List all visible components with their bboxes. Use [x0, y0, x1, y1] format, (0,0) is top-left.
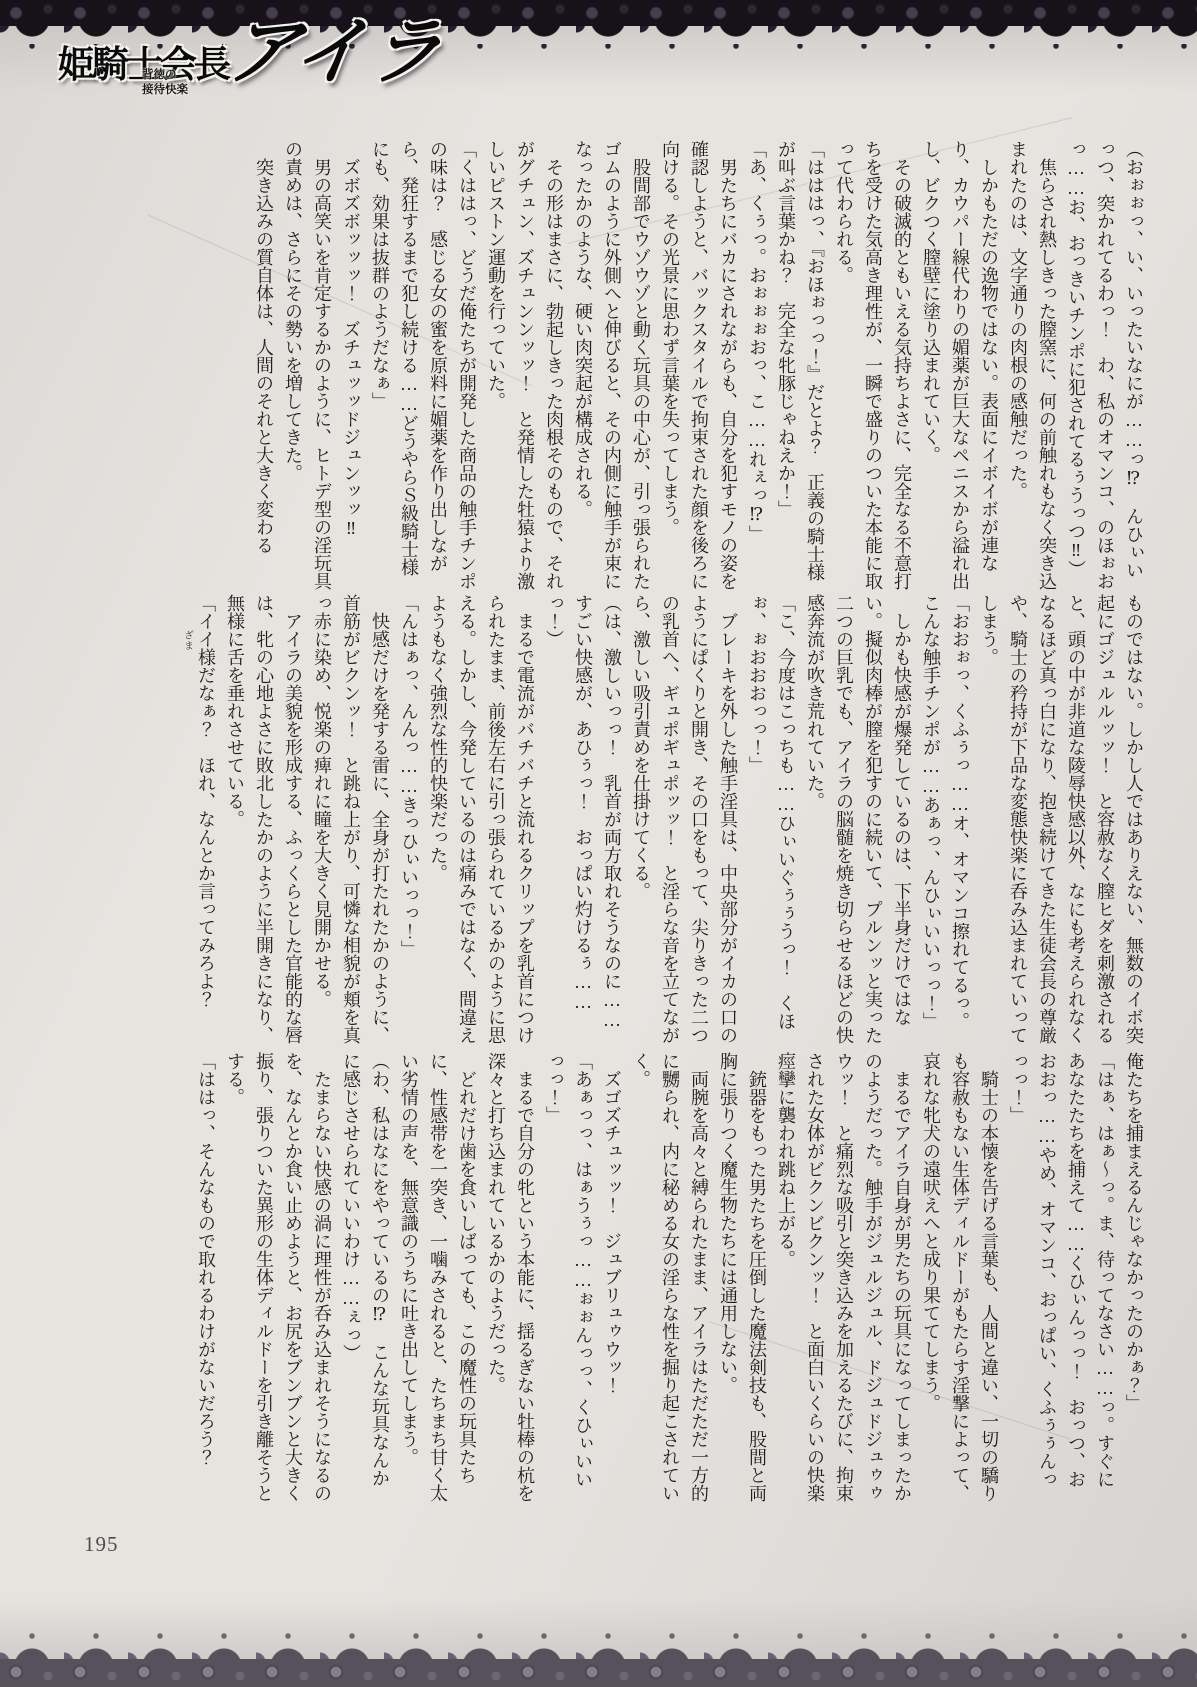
paragraph: たまらない快感の渦に理性が呑み込まれそうになるのを、なんとか食い止めようと、お尻… [220, 1052, 336, 1504]
logo-subtitle-line1: 背徳の [142, 68, 188, 83]
paragraph: ブレーキを外した触手淫具は、中央部分がイカの口のようにぱくりと開き、その口をもっ… [626, 594, 742, 1046]
paragraph: ズボズボッッッ！ ズチュッッドジュンッッ‼ [336, 140, 365, 592]
paragraph: アイラの美貌を形成する、ふっくらとした官能的な唇は、牝の心地よさに敗北したかのよ… [220, 594, 307, 1046]
paragraph: まるでアイラ自身が男たちの玩具になってしまったかのようだった。触手がジュルジュル… [771, 1052, 916, 1504]
paragraph: 「イイ様だなぁ？ ほれ、なんとか言ってみろよ？ [191, 594, 220, 1046]
text-band-1: （おぉぉっ、い、いったいなにが……っ⁉ んひぃいっつ、突かれてるわっ！ わ、私の… [82, 140, 1148, 592]
paragraph: 「くははっ、どうだ俺たちが開発した商品の触手チンポの味は？ 感じる女の蜜を原料に… [365, 140, 481, 592]
logo-subtitle: 背徳の 接待快楽 [142, 68, 188, 98]
paragraph: 男の高笑いを肯定するかのように、ヒトデ型の淫玩具の責めは、さらにその勢いを増して… [278, 140, 336, 592]
paragraph: 男たちにバカにされながらも、自分を犯すモノの姿を確認しようと、バックスタイルで拘… [655, 140, 742, 592]
logo-title-large: アイラ [221, 18, 446, 88]
paragraph: 「こ、今度はこっちも……ひぃいぐぅぅうっ！ くほぉ、ぉおおおっっ！」 [742, 594, 800, 1046]
paragraph: 突き込みの質自体は、人間のそれと大きく変わる [249, 140, 278, 592]
paragraph: まるで電流がバチバチと流れるクリップを乳首につけられたまま、前後左右に引っ張られ… [423, 594, 539, 1046]
text-band-3: 俺たちを捕まえるんじゃなかったのかぁ？」「はぁ、はぁ～っ。ま、待ってなさい……っ… [82, 1052, 1148, 1504]
paragraph: （は、激しいっっ！ 乳首が両方取れそうなのに……すごい快感が、あひぅっ！ おっぱ… [539, 594, 626, 1046]
paragraph: 銃器をもった男たちを圧倒した魔法剣技も、股間と両胸に張りつく魔生物たちには通用し… [713, 1052, 771, 1504]
novel-page: 姫騎士会長 アイラ 背徳の 接待快楽 （おぉぉっ、い、いったいなにが……っ⁉ ん… [0, 0, 1197, 1687]
paragraph: 股間部でウゾウゾと動く玩具の中心が、引っ張られたゴムのように外側へと伸びると、そ… [568, 140, 655, 592]
paragraph: 「んはぁっ、んんっ……きっひぃいっっ！」 [394, 594, 423, 1046]
paragraph: 「ははっ、そんなもので取れるわけがないだろう？ [191, 1052, 220, 1504]
page-number: 195 [84, 1532, 119, 1557]
paragraph: （おぉぉっ、い、いったいなにが……っ⁉ んひぃいっつ、突かれてるわっ！ わ、私の… [1061, 140, 1148, 592]
paragraph: 騎士の本懐を告げる言葉も、人間と違い、一切の驕りも容赦もない生体ディルドーがもた… [916, 1052, 1003, 1504]
furigana-ruby: ざま [180, 630, 194, 651]
paragraph: ものではない。しかし人ではありえない、無数のイボ突起にゴジュルルッッ！ と容赦な… [974, 594, 1148, 1046]
paragraph: しかも快感が爆発しているのは、下半身だけではない。擬似肉棒が膣を犯すのに続いて、… [800, 594, 916, 1046]
paragraph: 両腕を高々と縛られたまま、アイラはただただ一方的に嬲られ、内に秘める女の淫らな性… [626, 1052, 713, 1504]
logo-subtitle-line2: 接待快楽 [142, 83, 188, 98]
lace-border-bottom-dots [0, 1631, 1197, 1639]
paragraph: まるで自分の牝という本能に、揺るぎない牡棒の杭を深々と打ち込まれているかのようだ… [481, 1052, 539, 1504]
paragraph: 「あ、くぅっ。おぉぉぉおっ、こ……れぇっ⁉」 [742, 140, 771, 592]
paragraph: どれだけ歯を食いしばっても、この魔性の玩具たちに、性感帯を一突き、一噛みされると… [394, 1052, 481, 1504]
paragraph: 「あぁっっ、はぁうぅっ……ぉぉんっっ、くひぃいいっっ！」 [539, 1052, 597, 1504]
paragraph: 「はぁ、はぁ～っ。ま、待ってなさい……っ。すぐにあなたたちを捕えて……くひぃんっ… [1003, 1052, 1119, 1504]
paragraph: 「はははっ、『おほぉっっ！』だとよ？ 正義の騎士様が叫ぶ言葉かね？ 完全な牝豚じ… [771, 140, 829, 592]
paragraph: ズゴズチュッッ！ ジュブリュゥウッ！ [597, 1052, 626, 1504]
paragraph: その破滅的ともいえる気持ちよさに、完全なる不意打ちを受けた気高き理性が、一瞬で盛… [829, 140, 916, 592]
paragraph: （わ、私はなにをやっているの⁉ こんな玩具なんかに感じさせられていいわけ……ぇっ… [336, 1052, 394, 1504]
paragraph: 焦らされ熱しきった膣窯に、何の前触れもなく突き込まれたのは、文字通りの肉根の感触… [1003, 140, 1061, 592]
lace-border-bottom [0, 1659, 1197, 1687]
series-logo: 姫騎士会長 アイラ [58, 18, 441, 88]
paragraph: その形はまさに、勃起しきった肉根そのもので、それがグチュン、ズチュンンッッ！ と… [481, 140, 568, 592]
text-band-2: ものではない。しかし人ではありえない、無数のイボ突起にゴジュルルッッ！ と容赦な… [82, 594, 1148, 1046]
paragraph: 快感だけを発する雷に、全身が打たれたかのように、首筋がビクンッ！ と跳ね上がり、… [307, 594, 394, 1046]
paragraph: 「おおぉっ、くふぅっ……オ、オマンコ擦れてるっ。こんな触手チンポが……あぁっ、ん… [916, 594, 974, 1046]
paragraph: 俺たちを捕まえるんじゃなかったのかぁ？」 [1119, 1052, 1148, 1504]
paragraph: しかもただの逸物ではない。表面にイボイボが連なり、カウパー線代わりの媚薬が巨大な… [916, 140, 1003, 592]
